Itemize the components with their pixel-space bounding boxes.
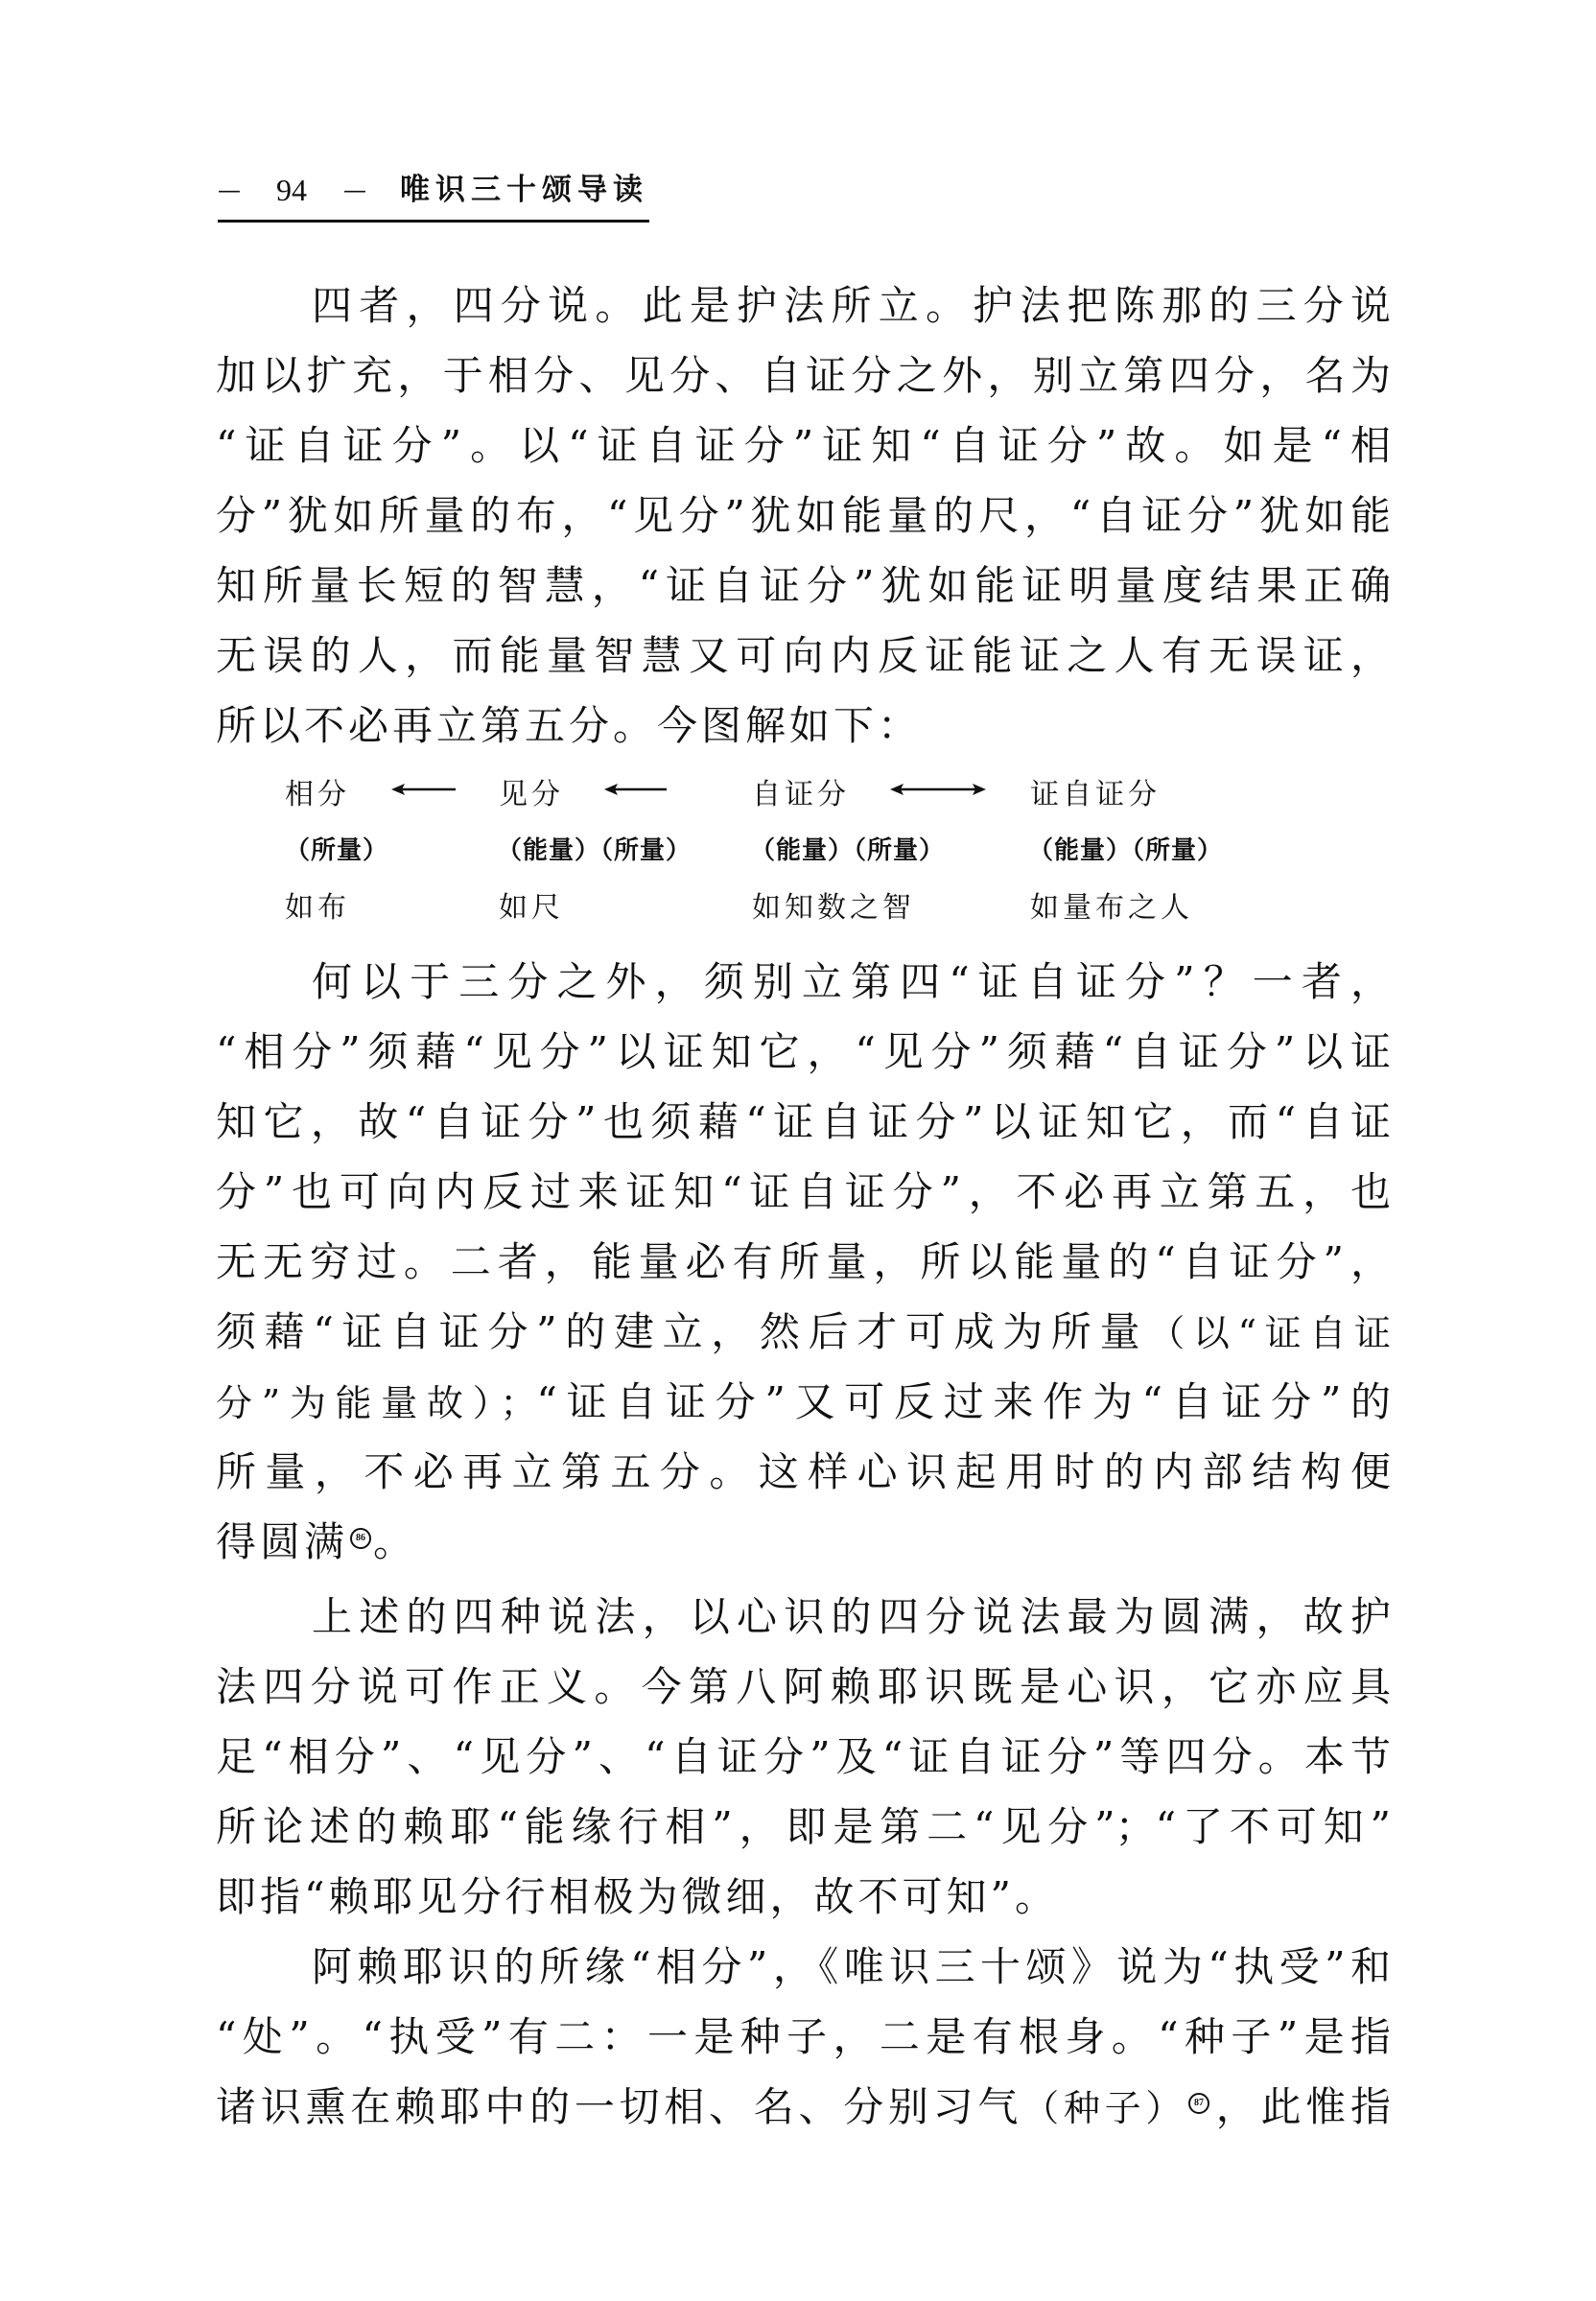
text-line: 分”也可向内反过来证知“证自证分”，不必再立第五，也 bbox=[216, 1157, 1391, 1227]
text-line: 须藉“证自证分”的建立，然后才可成为所量（以“证自证 bbox=[216, 1297, 1391, 1367]
text-segment: “证自证分”又可反过来作为“自证分”的 bbox=[536, 1378, 1391, 1425]
text-segment: ，此惟指 bbox=[1211, 2083, 1391, 2130]
diagram-cell: 自证分 bbox=[752, 766, 850, 823]
parenthetical-note: 分”为能量故）； bbox=[216, 1382, 536, 1424]
paragraphs-alaya: 上述的四种说法，以心识的四分说法最为圆满，故护 法四分说可作正义。今第八阿赖耶识… bbox=[216, 1582, 1391, 2142]
text-line: 加以扩充，于相分、见分、自证分之外，别立第四分，名为 bbox=[216, 340, 1391, 411]
footnote-marker: 86 bbox=[350, 1528, 371, 1549]
text-line: 阿赖耶识的所缘“相分”，《唯识三十颂》说为“执受”和 bbox=[216, 1932, 1391, 2002]
text-line: 所论述的赖耶“能缘行相”，即是第二“见分”；“了不可知” bbox=[216, 1792, 1391, 1862]
text-line: 上述的四种说法，以心识的四分说法最为圆满，故护 bbox=[216, 1582, 1391, 1652]
parenthetical-note: （种子） bbox=[1022, 2087, 1186, 2129]
diagram-cell: 如布 bbox=[285, 880, 350, 936]
text-line: 所量，不必再立第五分。这样心识起用时的内部结构便 bbox=[216, 1437, 1391, 1507]
diagram-cell: （能量）（所量） bbox=[497, 823, 692, 880]
header-rule bbox=[218, 220, 649, 223]
text-line: 诸识熏在赖耶中的一切相、名、分别习气（种子）87，此惟指 bbox=[216, 2072, 1391, 2142]
diagram-row-measure: （所量） （能量）（所量） （能量）（所量） （能量）（所量） bbox=[0, 823, 1596, 880]
text-line: 知所量长短的智慧，“证自证分”犹如能证明量度结果正确 bbox=[216, 551, 1391, 621]
diagram-cell: 如量布之人 bbox=[1030, 880, 1193, 936]
text-line: 分”为能量故）；“证自证分”又可反过来作为“自证分”的 bbox=[216, 1367, 1391, 1437]
diagram-cell: （能量）（所量） bbox=[750, 823, 945, 880]
diagram-cell: 见分 bbox=[499, 766, 564, 823]
header-dash-left: — bbox=[218, 173, 241, 207]
text-line: 知它，故“自证分”也须藉“证自证分”以证知它，而“自证 bbox=[216, 1087, 1391, 1157]
text-line: 所以不必再立第五分。今图解如下： bbox=[216, 691, 1391, 761]
parenthetical-note: （以“证自证 bbox=[1148, 1312, 1391, 1354]
left-arrow-icon bbox=[391, 783, 456, 796]
page-number: 94 bbox=[276, 173, 307, 207]
text-line: 法四分说可作正义。今第八阿赖耶识既是心识，它亦应具 bbox=[216, 1652, 1391, 1722]
diagram-cell: （能量）（所量） bbox=[1028, 823, 1223, 880]
paragraph-why-fourth-part: 何以于三分之外，须别立第四“证自证分”？一者， “相分”须藉“见分”以证知它，“… bbox=[216, 947, 1391, 1577]
text-line: 四者，四分说。此是护法所立。护法把陈那的三分说 bbox=[216, 270, 1391, 340]
text-line: “相分”须藉“见分”以证知它，“见分”须藉“自证分”以证 bbox=[216, 1017, 1391, 1087]
book-page: — 94 — 唯识三十颂导读 四者，四分说。此是护法所立。护法把陈那的三分说 加… bbox=[0, 0, 1596, 2301]
text-line: “证自证分”。以“证自证分”证知“自证分”故。如是“相 bbox=[216, 411, 1391, 481]
text-line: 何以于三分之外，须别立第四“证自证分”？一者， bbox=[216, 947, 1391, 1017]
double-arrow-icon bbox=[890, 783, 986, 796]
text-line: 足“相分”、“见分”、“自证分”及“证自证分”等四分。本节 bbox=[216, 1722, 1391, 1792]
header-dash-right: — bbox=[343, 173, 366, 207]
text-segment: 诸识熏在赖耶中的一切相、名、分别习气 bbox=[216, 2083, 1022, 2130]
text-line: “处”。“执受”有二：一是种子，二是有根身。“种子”是指 bbox=[216, 2002, 1391, 2072]
book-title: 唯识三十颂导读 bbox=[400, 173, 648, 207]
text-line: 无无穷过。二者，能量必有所量，所以能量的“自证分”， bbox=[216, 1227, 1391, 1297]
text-line: 得圆满86。 bbox=[216, 1507, 1391, 1577]
diagram-row-parts: 相分 见分 自证分 证自证分 bbox=[0, 766, 1596, 823]
diagram-cell: 相分 bbox=[285, 766, 350, 823]
diagram-cell: 证自证分 bbox=[1030, 766, 1161, 823]
paragraph-four-parts: 四者，四分说。此是护法所立。护法把陈那的三分说 加以扩充，于相分、见分、自证分之… bbox=[216, 270, 1391, 761]
left-arrow-icon bbox=[604, 783, 667, 796]
diagram-row-analogy: 如布 如尺 如知数之智 如量布之人 bbox=[0, 880, 1596, 936]
text-segment: 须藉“证自证分”的建立，然后才可成为所量 bbox=[216, 1308, 1148, 1355]
text-line: 即指“赖耶见分行相极为微细，故不可知”。 bbox=[216, 1862, 1391, 1932]
footnote-marker: 87 bbox=[1188, 2093, 1209, 2114]
diagram-cell: 如尺 bbox=[499, 880, 564, 936]
diagram-cell: （所量） bbox=[285, 823, 388, 880]
text-line: 无误的人，而能量智慧又可向内反证能证之人有无误证， bbox=[216, 621, 1391, 691]
text-line: 分”犹如所量的布，“见分”犹如能量的尺，“自证分”犹如能 bbox=[216, 481, 1391, 551]
text-segment: 。 bbox=[373, 1518, 417, 1565]
text-segment: 得圆满 bbox=[216, 1518, 348, 1565]
diagram-cell: 如知数之智 bbox=[752, 880, 915, 936]
